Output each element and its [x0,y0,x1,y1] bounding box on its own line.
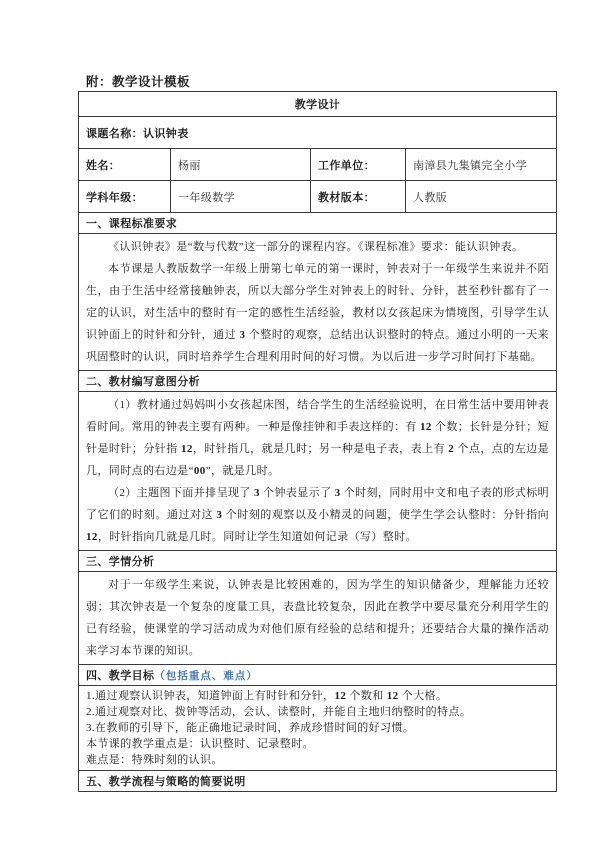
table-row: 学科年级： 一年级数学 教材版本： 人教版 [79,181,557,213]
grade-value: 一年级数学 [171,181,311,213]
lesson-name-cell: 课题名称：认识钟表 [79,117,557,149]
section-body-row: 对于一年级学生来说，认钟表是比较困难的，因为学生的知识储备少，理解能力还较弱；其… [79,572,557,665]
text-run: ，时针指向几就是几时。同时让学生知道如何记录（写）整时。 [98,531,417,543]
section-heading-process-summary: 五、教学流程与策略的简要说明 [79,771,557,792]
text-run: 12 [420,421,432,433]
paragraph: 1.通过观察认识钟表，知道钟面上有时针和分针，12 个数和 12 个大格。 [86,688,549,704]
text-run: （2）主题图下面并排呈现了 [108,487,254,499]
text-run: 3.在教师的引导下，能正确地记录时间，养成珍惜时间的好习惯。 [86,722,414,734]
paragraph: 本节课是人教版数学一年级上册第七单元的第一课时，钟表对于一年级学生来说并不陌生，… [86,258,549,368]
lesson-name-label: 课题名称： [86,128,143,140]
text-run: 2.通过观察对比、拨钟等活动，会认、读整时，并能自主地归纳整时的特点。 [86,706,471,718]
paragraph: 2.通过观察对比、拨钟等活动，会认、读整时，并能自主地归纳整时的特点。 [86,704,549,720]
section-heading-teaching-goals: 四、教学目标（包括重点、难点） [79,665,557,686]
sections-container: 一、课程标准要求《认识钟表》是“数与代数”这一部分的课程内容。《课程标准》要求：… [79,213,557,792]
document-page: 附：教学设计模板 教学设计 课题名称：认识钟表 姓名： 杨丽 工作单位： 南漳县… [0,0,595,842]
grade-label: 学科年级： [79,181,171,213]
text-run: 12 [86,531,98,543]
paragraph: 本节课的教学重点是：认识整时、记录整时。 [86,736,549,752]
paragraph: 3.在教师的引导下，能正确地记录时间，养成珍惜时间的好习惯。 [86,720,549,736]
text-run: 12 [334,690,346,702]
section-heading-curriculum-standards: 一、课程标准要求 [79,213,557,234]
section-heading-textbook-analysis: 二、教材编写意图分析 [79,371,557,392]
text-run: 个大格。 [399,690,448,702]
section-heading-text: 一、课程标准要求 [86,218,177,230]
text-run: 1.通过观察认识钟表，知道钟面上有时针和分针， [86,690,334,702]
table-title: 教学设计 [79,92,557,117]
paragraph: 对于一年级学生来说，认钟表是比较困难的，因为学生的知识储备少，理解能力还较弱；其… [86,574,549,662]
section-body-learner-analysis: 对于一年级学生来说，认钟表是比较困难的，因为学生的知识储备少，理解能力还较弱；其… [79,572,557,665]
section-heading-row: 四、教学目标（包括重点、难点） [79,665,557,686]
section-body-teaching-goals: 1.通过观察认识钟表，知道钟面上有时针和分针，12 个数和 12 个大格。2.通… [79,686,557,771]
paragraph: 《认识钟表》是“数与代数”这一部分的课程内容。《课程标准》要求：能认识钟表。 [86,236,549,258]
text-run: 《认识钟表》是“数与代数”这一部分的课程内容。《课程标准》要求：能认识钟表。 [108,241,523,253]
section-heading-text: 五、教学流程与策略的简要说明 [86,776,246,788]
text-run: 本节课的教学重点是：认识整时、记录整时。 [86,738,314,750]
section-body-curriculum-standards: 《认识钟表》是“数与代数”这一部分的课程内容。《课程标准》要求：能认识钟表。本节… [79,234,557,371]
section-body-row: （1）教材通过妈妈叫小女孩起床图，结合学生的生活经验说明，在日常生活中要用钟表看… [79,392,557,551]
name-label: 姓名： [79,149,171,181]
section-heading-text: 四、教学目标 [86,670,154,682]
workunit-label: 工作单位： [311,149,406,181]
paragraph: （1）教材通过妈妈叫小女孩起床图，结合学生的生活经验说明，在日常生活中要用钟表看… [86,394,549,482]
text-run: 对于一年级学生来说，认钟表是比较困难的，因为学生的知识储备少，理解能力还较弱；其… [86,579,549,657]
section-heading-row: 二、教材编写意图分析 [79,371,557,392]
teaching-design-table: 教学设计 课题名称：认识钟表 姓名： 杨丽 工作单位： 南漳县九集镇完全小学 学… [78,91,557,792]
workunit-value: 南漳县九集镇完全小学 [406,149,557,181]
paragraph: 难点是：特殊时刻的认识。 [86,752,549,768]
section-heading-text: 三、学情分析 [86,556,154,568]
table-row: 课题名称：认识钟表 [79,117,557,149]
text-run: 12 [181,443,193,455]
text-run: 12 [387,690,399,702]
text-run: ”，就是几时。 [206,465,280,477]
section-heading-text: 二、教材编写意图分析 [86,376,200,388]
table-row: 教学设计 [79,92,557,117]
edition-value: 人教版 [406,181,557,213]
table-row: 姓名： 杨丽 工作单位： 南漳县九集镇完全小学 [79,149,557,181]
text-run: 个时刻的观察以及小精灵的问题，使学生学会认整时：分针指向 [222,509,549,521]
section-heading-learner-analysis: 三、学情分析 [79,551,557,572]
text-run: 00 [194,465,206,477]
section-heading-row: 三、学情分析 [79,551,557,572]
lesson-name-value: 认识钟表 [143,128,189,140]
section-heading-suffix: （包括重点、难点） [154,671,258,682]
section-heading-row: 五、教学流程与策略的简要说明 [79,771,557,792]
text-run: ，时针指几，就是几时；另一种是电子表，表上有 [193,443,449,455]
section-body-row: 《认识钟表》是“数与代数”这一部分的课程内容。《课程标准》要求：能认识钟表。本节… [79,234,557,371]
paragraph: （2）主题图下面并排呈现了 3 个钟表显示了 3 个时刻，同时用中文和电子表的形… [86,482,549,548]
text-run: 难点是：特殊时刻的认识。 [86,754,223,766]
section-heading-row: 一、课程标准要求 [79,213,557,234]
section-body-row: 1.通过观察认识钟表，知道钟面上有时针和分针，12 个数和 12 个大格。2.通… [79,686,557,771]
text-run: 个数和 [346,690,387,702]
section-body-textbook-analysis: （1）教材通过妈妈叫小女孩起床图，结合学生的生活经验说明，在日常生活中要用钟表看… [79,392,557,551]
edition-label: 教材版本： [311,181,406,213]
name-value: 杨丽 [171,149,311,181]
text-run: 个钟表显示了 [260,487,335,499]
attachment-label: 附：教学设计模板 [86,72,190,90]
